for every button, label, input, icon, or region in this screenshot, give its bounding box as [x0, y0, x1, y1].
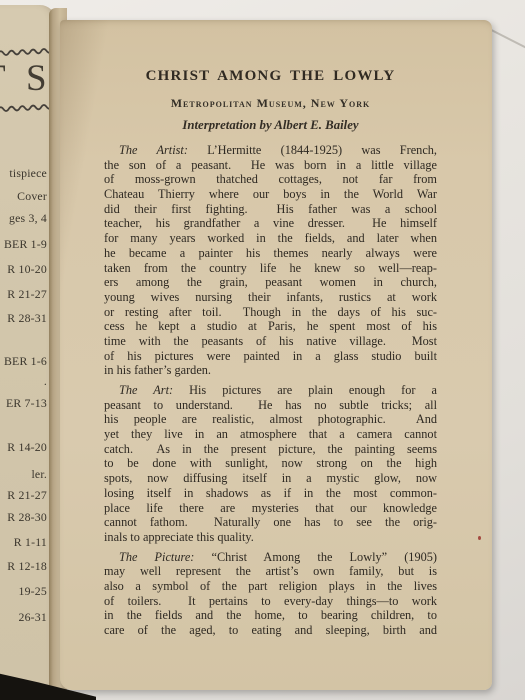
- paragraph-lead: The Artist:: [119, 143, 188, 157]
- contents-entry: R 28-30: [7, 510, 47, 525]
- text-line: losing itself in shadows as if in the mo…: [104, 486, 437, 501]
- paragraph: The Art: His pictures are plain enough f…: [104, 383, 437, 545]
- text-line: peasant to understand. He has no subtle …: [104, 398, 437, 413]
- text-line: yet they live in an atmosphere that a ca…: [104, 427, 437, 442]
- text-line: the son of a peasant. He was born in a l…: [104, 158, 437, 173]
- contents-entry: R 10-20: [7, 262, 47, 277]
- text-line: to be done with sunlight, now strong on …: [104, 456, 437, 471]
- text-line: may well represent the artist’s own fami…: [104, 564, 437, 579]
- museum-line: Metropolitan Museum, New York: [104, 96, 437, 111]
- contents-entry: ER 7-13: [6, 396, 47, 411]
- contents-entry: R 14-20: [7, 440, 47, 455]
- text-line: of his pictures were painted in a glass …: [104, 349, 437, 364]
- paragraph: The Picture: “Christ Among the Lowly” (1…: [104, 550, 437, 638]
- contents-entry: tispiece: [9, 166, 47, 181]
- contents-entry: ler.: [31, 467, 47, 482]
- page-title: CHRIST AMONG THE LOWLY: [104, 68, 437, 85]
- contents-entry: BER 1-6: [4, 354, 47, 369]
- contents-page: T S tispieceCoverges 3, 4BER 1-9R 10-20R…: [0, 5, 56, 689]
- text-line: for many years worked in the fields, and…: [104, 231, 437, 246]
- contents-entry: ges 3, 4: [9, 211, 47, 226]
- paragraph: The Artist: L’Hermitte (1844-1925) was F…: [104, 143, 437, 378]
- contents-entry: 26-31: [18, 610, 47, 625]
- paragraph-lead: The Art:: [119, 383, 173, 397]
- text-line: of moss-grown thatched cottages, not far…: [104, 172, 437, 187]
- contents-entry: R 21-27: [7, 488, 47, 503]
- contents-entry: Cover: [17, 189, 47, 204]
- text-line: or resting after toil. Though in the day…: [104, 305, 437, 320]
- text-line: of toilers. It pertains to every-day thi…: [104, 594, 437, 609]
- contents-entries: tispieceCoverges 3, 4BER 1-9R 10-20R 21-…: [0, 5, 56, 689]
- contents-entry: R 28-31: [7, 311, 47, 326]
- text-line: he became a painter his themes nearly al…: [104, 246, 437, 261]
- page-speck: [478, 536, 481, 540]
- book-photo: T S tispieceCoverges 3, 4BER 1-9R 10-20R…: [0, 0, 525, 700]
- text-line: young wives nursing their infants, rusti…: [104, 290, 437, 305]
- paragraph-lead: The Picture:: [119, 550, 194, 564]
- contents-entry: BER 1-9: [4, 237, 47, 252]
- contents-entry: .: [44, 374, 47, 389]
- text-line: in his father’s garden.: [104, 363, 437, 378]
- text-line: catch. As in the present picture, the pa…: [104, 442, 437, 457]
- text-line: time with the peasants of his native vil…: [104, 334, 437, 349]
- text-line: inals to appreciate this quality.: [104, 530, 437, 545]
- body-text: The Artist: L’Hermitte (1844-1925) was F…: [104, 143, 437, 638]
- text-line: did their first fighting. His father was…: [104, 202, 437, 217]
- contents-entry: R 1-11: [14, 535, 47, 550]
- contents-entry: 19-25: [18, 584, 47, 599]
- text-line: cannot fathom. Naturally one has to see …: [104, 515, 437, 530]
- text-line: cess he kept a studio at Paris, he spent…: [104, 319, 437, 334]
- text-line: spots, now diffusing itself in a mystic …: [104, 471, 437, 486]
- text-line: place life there are mysteries that our …: [104, 501, 437, 516]
- text-line: care of the aged, to eating and sleeping…: [104, 623, 437, 638]
- text-line: ers among the grain, peasant women in ch…: [104, 275, 437, 290]
- text-line: his people are realistic, almost photogr…: [104, 412, 437, 427]
- byline: Interpretation by Albert E. Bailey: [104, 118, 437, 133]
- text-line: teacher, his grandfather a vine dresser.…: [104, 216, 437, 231]
- interpretation-page: CHRIST AMONG THE LOWLY Metropolitan Muse…: [60, 20, 492, 690]
- contents-entry: R 12-18: [7, 559, 47, 574]
- text-line: taken from the country life he knew so w…: [104, 261, 437, 276]
- text-line: also a symbol of the part religion plays…: [104, 579, 437, 594]
- contents-entry: R 21-27: [7, 287, 47, 302]
- text-line: Chateau Thierry where our boys in the Wo…: [104, 187, 437, 202]
- text-line: in the fields and the home, to bearing c…: [104, 608, 437, 623]
